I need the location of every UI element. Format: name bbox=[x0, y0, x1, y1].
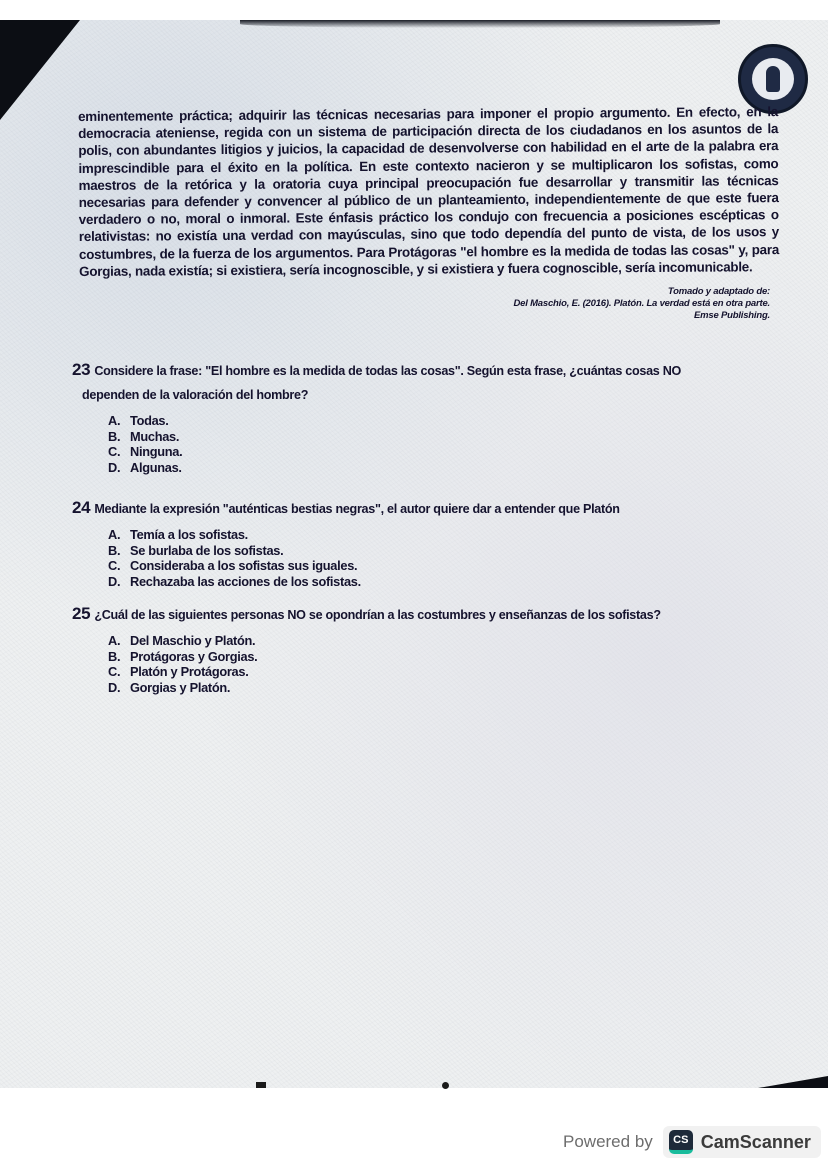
page-corner-shadow-bottom bbox=[758, 1076, 828, 1088]
camscanner-brand: CamScanner bbox=[701, 1132, 811, 1153]
answer-option-b[interactable]: B.Muchas. bbox=[108, 429, 772, 445]
question-stem: 24Mediante la expresión "auténticas best… bbox=[72, 496, 772, 521]
scanned-page: eminentemente práctica; adquirir las téc… bbox=[0, 20, 828, 1088]
reading-passage: eminentemente práctica; adquirir las téc… bbox=[78, 103, 779, 280]
scan-mark bbox=[256, 1082, 266, 1088]
scan-mark bbox=[442, 1082, 449, 1089]
question-stem: 23Considere la frase: "El hombre es la m… bbox=[72, 358, 772, 383]
citation-line-2: Del Maschio, E. (2016). Platón. La verda… bbox=[78, 298, 770, 310]
page-edge-shadow bbox=[240, 20, 720, 28]
camscanner-badge[interactable]: CS CamScanner bbox=[663, 1126, 821, 1158]
answer-option-c[interactable]: C.Ninguna. bbox=[108, 444, 772, 460]
lightbulb-icon bbox=[766, 66, 780, 92]
question-24: 24Mediante la expresión "auténticas best… bbox=[72, 496, 772, 589]
question-stem: 25¿Cuál de las siguientes personas NO se… bbox=[72, 602, 772, 627]
citation-line-1: Tomado y adaptado de: bbox=[78, 286, 770, 298]
answer-option-d[interactable]: D.Gorgias y Platón. bbox=[108, 680, 772, 696]
answer-option-a[interactable]: A.Todas. bbox=[108, 413, 772, 429]
question-stem-continued: dependen de la valoración del hombre? bbox=[72, 383, 772, 407]
camscanner-watermark: Powered by CS CamScanner bbox=[563, 1126, 821, 1158]
camscanner-logo-icon: CS bbox=[669, 1130, 693, 1154]
answer-option-d[interactable]: D.Rechazaba las acciones de los sofistas… bbox=[108, 574, 772, 590]
reading-passage-block: eminentemente práctica; adquirir las téc… bbox=[78, 108, 778, 322]
answer-option-a[interactable]: A.Temía a los sofistas. bbox=[108, 527, 772, 543]
citation-line-3: Emse Publishing. bbox=[78, 310, 770, 322]
answer-options: A.Temía a los sofistas. B.Se burlaba de … bbox=[108, 527, 772, 589]
question-number: 23 bbox=[72, 360, 90, 379]
question-number: 24 bbox=[72, 498, 90, 517]
answer-option-c[interactable]: C.Platón y Protágoras. bbox=[108, 664, 772, 680]
answer-option-d[interactable]: D.Algunas. bbox=[108, 460, 772, 476]
answer-option-c[interactable]: C.Consideraba a los sofistas sus iguales… bbox=[108, 558, 772, 574]
page-corner-shadow bbox=[0, 20, 80, 120]
answer-options: A.Del Maschio y Platón. B.Protágoras y G… bbox=[108, 633, 772, 695]
answer-option-b[interactable]: B.Se burlaba de los sofistas. bbox=[108, 543, 772, 559]
question-number: 25 bbox=[72, 604, 90, 623]
answer-options: A.Todas. B.Muchas. C.Ninguna. D.Algunas. bbox=[108, 413, 772, 475]
answer-option-b[interactable]: B.Protágoras y Gorgias. bbox=[108, 649, 772, 665]
question-23: 23Considere la frase: "El hombre es la m… bbox=[72, 358, 772, 475]
powered-by-label: Powered by bbox=[563, 1132, 653, 1152]
citation: Tomado y adaptado de: Del Maschio, E. (2… bbox=[78, 286, 770, 322]
question-25: 25¿Cuál de las siguientes personas NO se… bbox=[72, 602, 772, 695]
answer-option-a[interactable]: A.Del Maschio y Platón. bbox=[108, 633, 772, 649]
